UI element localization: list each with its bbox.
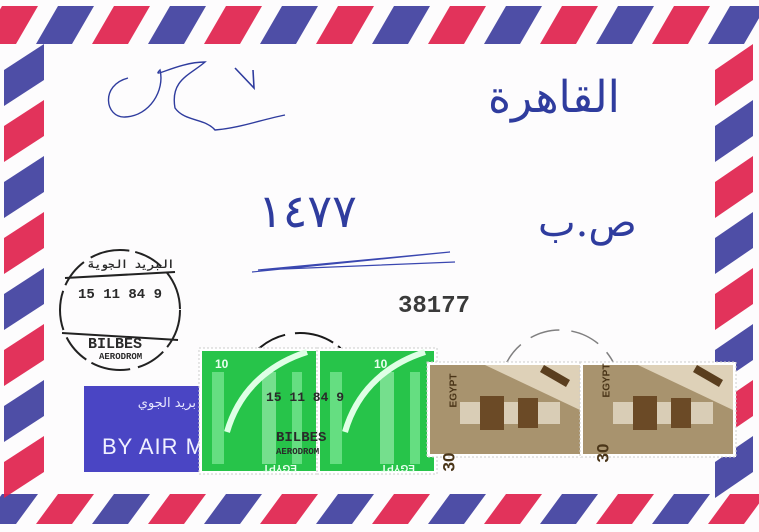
brown-stamp-value: 30 — [593, 444, 613, 463]
airmail-envelope: القاهرة ص.ب ١٤٧٧ 38177 بريد الجوي BY AIR… — [0, 0, 759, 532]
postmark-left-arabic: البريد الجوية — [88, 258, 174, 272]
brown-stamp-country: EGYPT — [448, 374, 459, 408]
brown-stamp-country: EGYPT — [601, 364, 612, 398]
green-stamp-value: 10 — [374, 357, 387, 371]
green-stamp-country: EGYPT — [263, 462, 297, 473]
green-stamp-value: 10 — [215, 357, 228, 371]
postmark-left-town: BILBES — [88, 336, 142, 353]
postmark-center-date: 15 11 84 9 — [266, 390, 344, 405]
postmark-center-town: BILBES — [276, 430, 326, 446]
brown-stamp-value: 30 — [439, 453, 459, 472]
postmark-left-date: 15 11 84 9 — [78, 287, 162, 303]
green-stamp-country: EGYPT — [381, 462, 415, 473]
postmark-center-sub: AERODROM — [276, 447, 319, 457]
postmark-left-sub: AERODROM — [99, 352, 142, 362]
